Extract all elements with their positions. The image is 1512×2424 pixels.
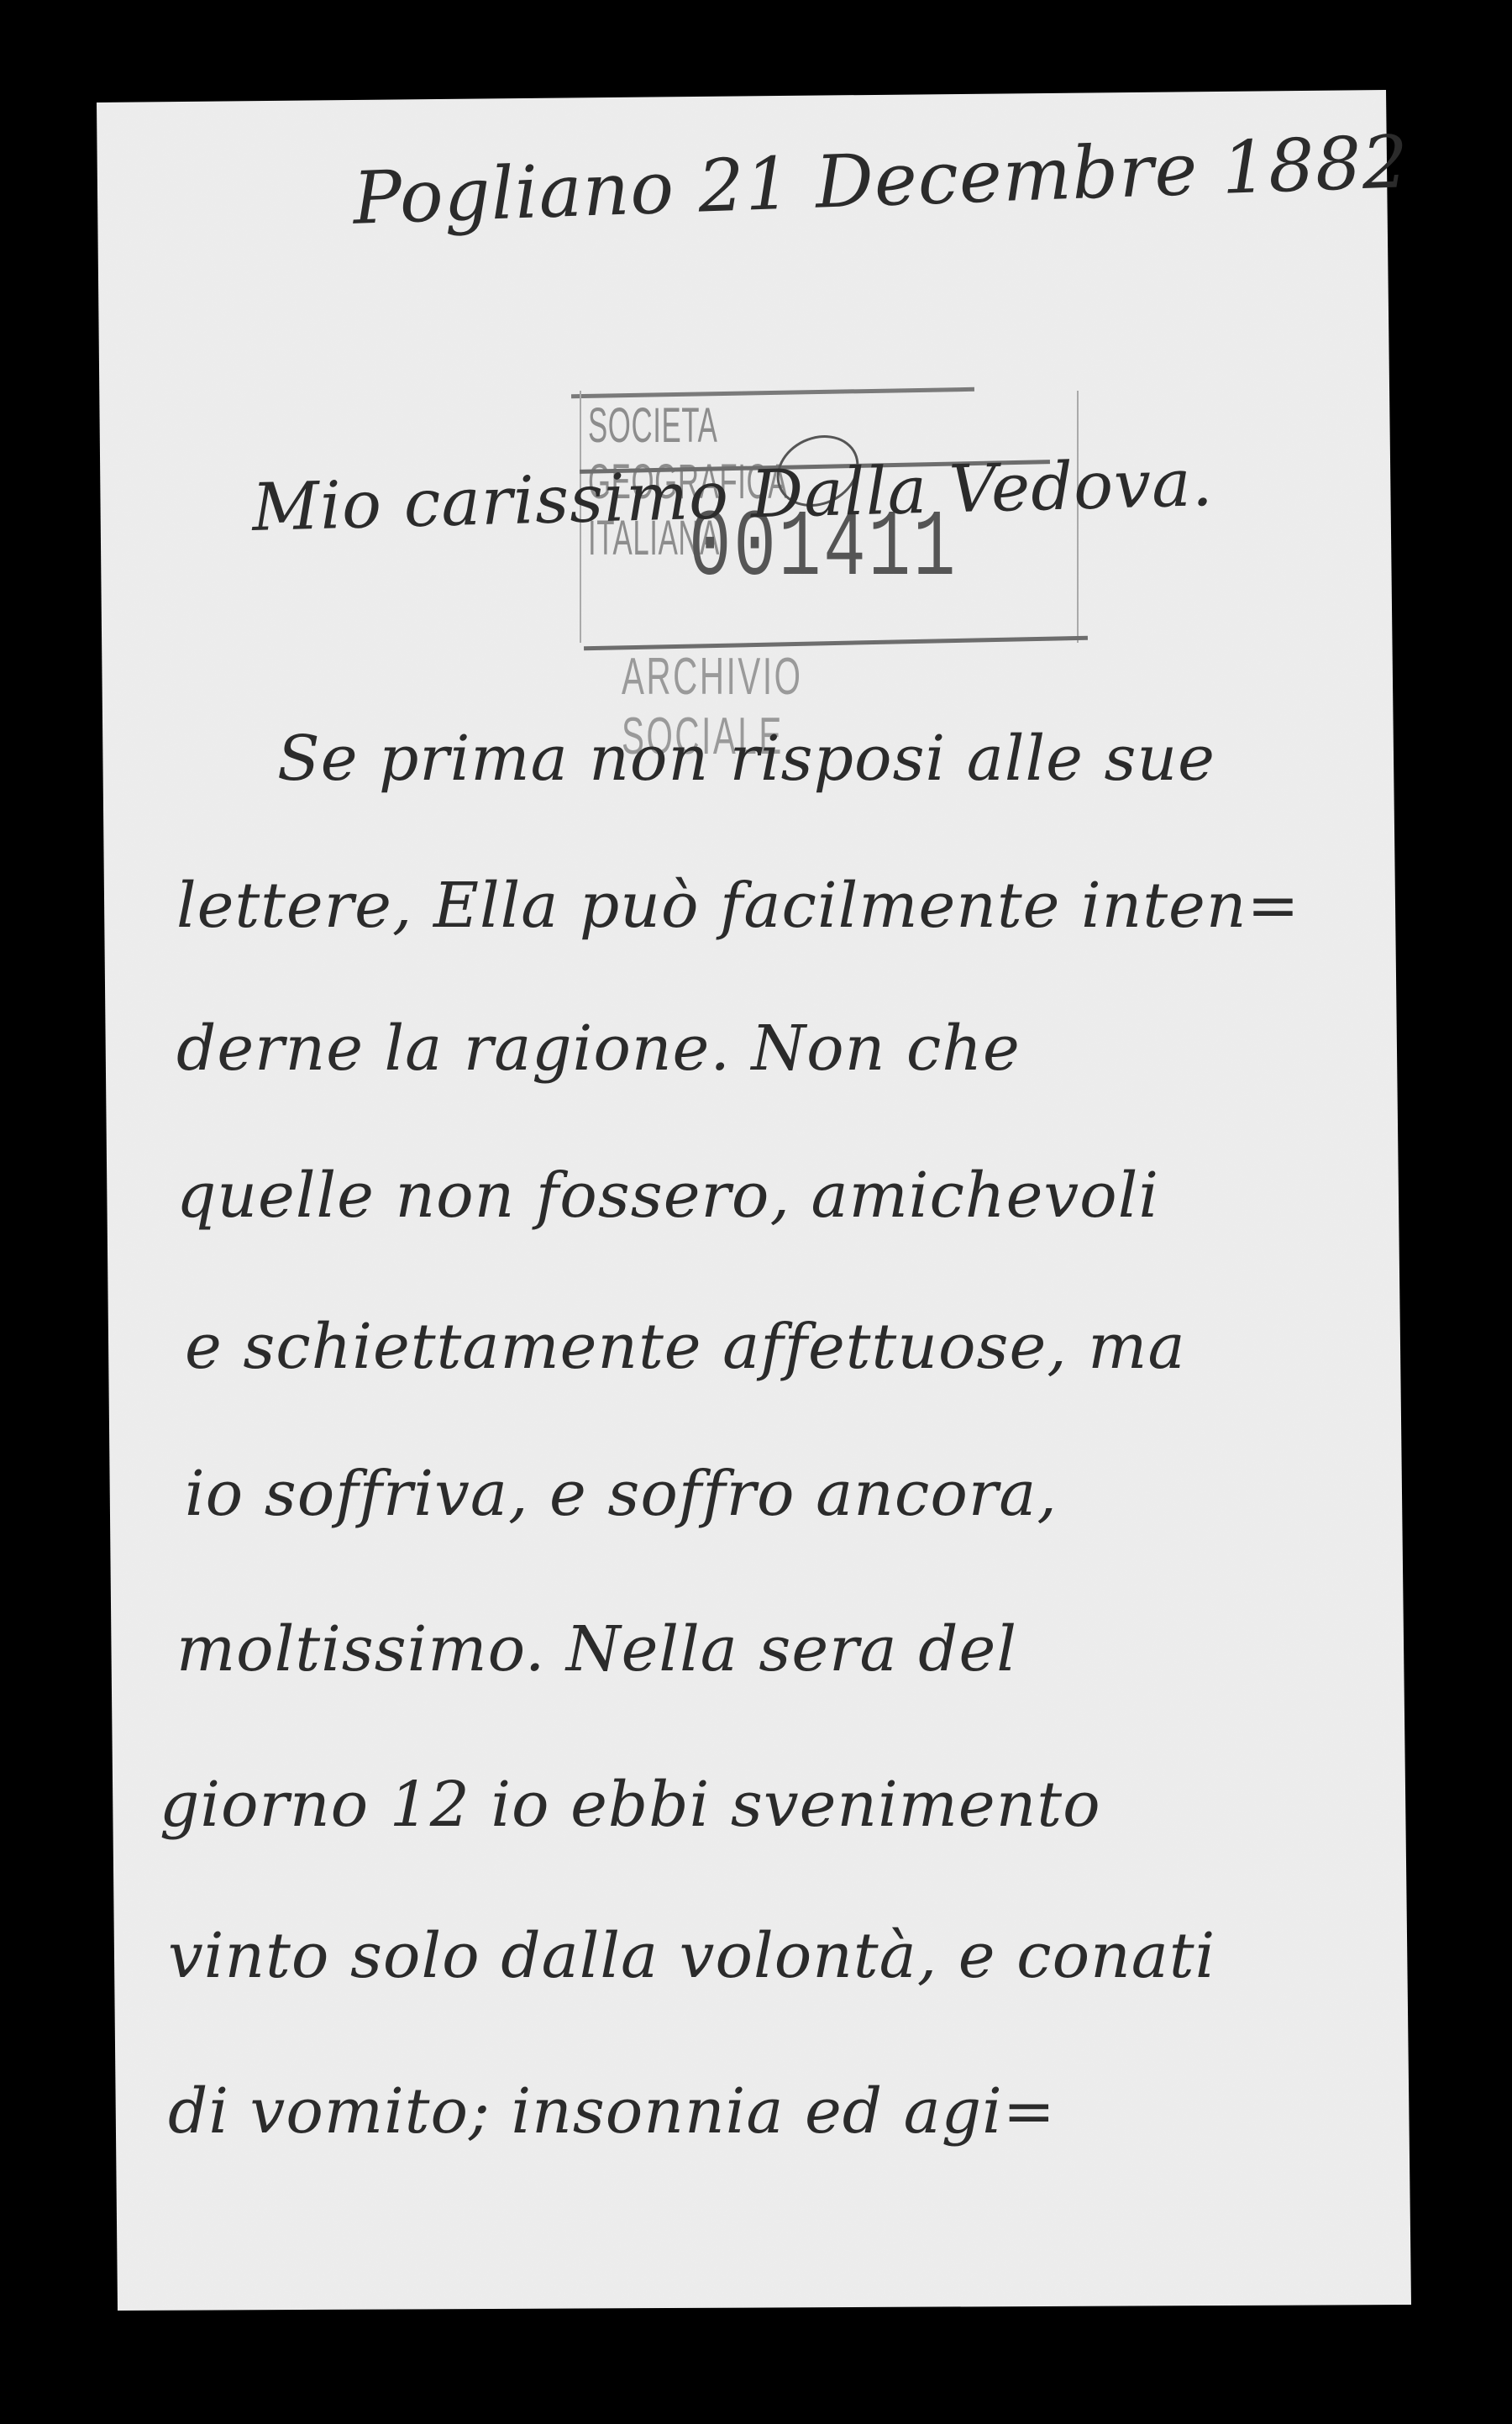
body-line: lettere, Ella può facilmente inten=: [176, 870, 1300, 942]
body-line: derne la ragione. Non che: [176, 1012, 1021, 1085]
body-line: Se prima non risposi alle sue: [277, 723, 1215, 795]
body-line: vinto solo dalla volontà, e conati: [168, 1920, 1215, 1992]
body-line: moltissimo. Nella sera del: [176, 1613, 1017, 1685]
body-line: di vomito; insonnia ed agi=: [168, 2075, 1056, 2148]
body-line: e schiettamente affettuose, ma: [185, 1311, 1186, 1383]
body-line: io soffriva, e soffro ancora,: [185, 1458, 1058, 1530]
body-line: giorno 12 io ebbi svenimento: [160, 1769, 1101, 1841]
letter-page: Pogliano 21 Decembre 1882 SOCIETA GEOGRA…: [0, 0, 1512, 2424]
body-line: quelle non fossero, amichevoli: [176, 1159, 1159, 1232]
